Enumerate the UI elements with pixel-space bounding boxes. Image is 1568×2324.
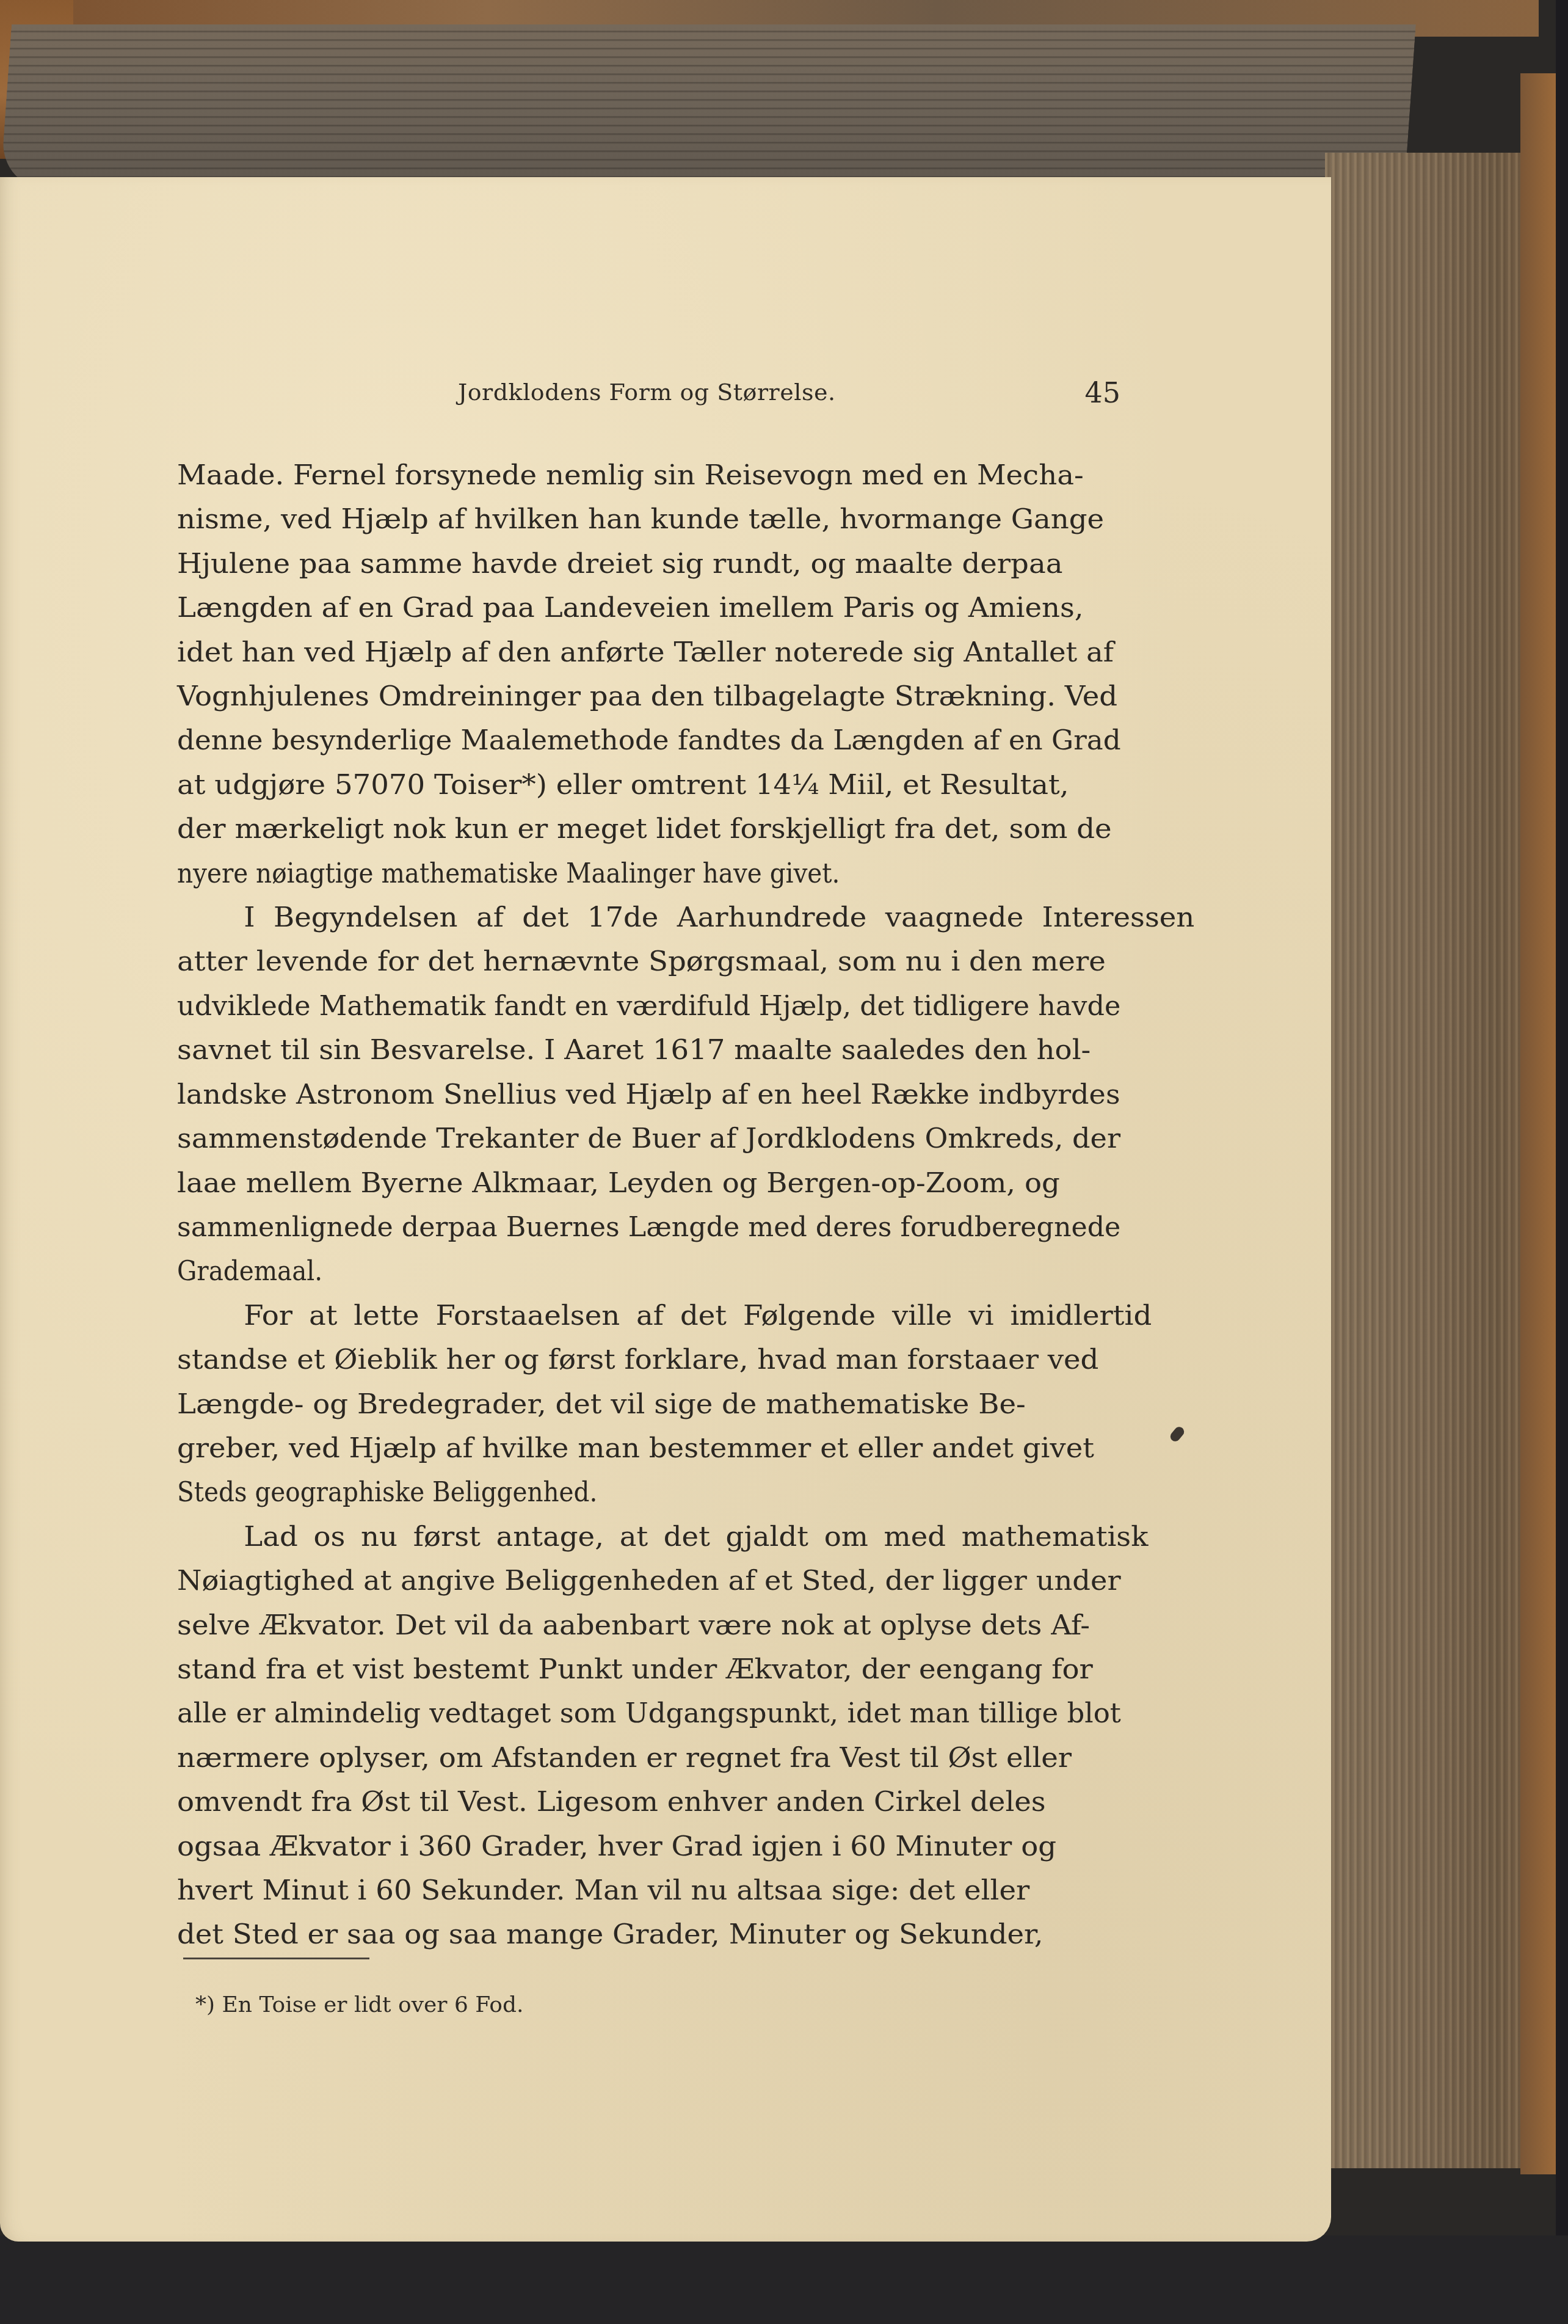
text-line: selve Ækvator. Det vil da aabenbart være… — [177, 1603, 1090, 1647]
page-number: 45 — [1084, 376, 1120, 409]
text-line: stand fra et vist bestemt Punkt under Æk… — [177, 1647, 1093, 1691]
text-line: Længde- og Bredegrader, det vil sige de … — [177, 1382, 1025, 1426]
text-line: sammenlignede derpaa Buernes Længde med … — [177, 1205, 1120, 1249]
text-line: Hjulene paa samme havde dreiet sig rundt… — [177, 542, 1062, 586]
text-line: For at lette Forstaaelsen af det Følgend… — [177, 1294, 1152, 1338]
text-line: alle er almindelig vedtaget som Udgangsp… — [177, 1691, 1120, 1735]
background-right — [1556, 0, 1568, 2324]
page-edges-top — [0, 24, 1416, 189]
text-line: Grademaal. — [177, 1249, 1120, 1293]
background-bottom — [0, 2235, 1568, 2324]
text-line: I Begyndelsen af det 17de Aarhundrede va… — [177, 895, 1194, 939]
text-line: det Sted er saa og saa mange Grader, Min… — [177, 1912, 1043, 1956]
text-line: hvert Minut i 60 Sekunder. Man vil nu al… — [177, 1868, 1029, 1912]
text-line: at udgjøre 57070 Toiser*) eller omtrent … — [177, 763, 1069, 807]
text-line: landske Astronom Snellius ved Hjælp af e… — [177, 1073, 1120, 1116]
text-line: greber, ved Hjælp af hvilke man bestemme… — [177, 1426, 1094, 1470]
footnote: *) En Toise er lidt over 6 Fod. — [195, 1992, 523, 2017]
page-content: Jordklodens Form og Størrelse. 45 Maade.… — [177, 379, 1120, 1957]
text-line: nisme, ved Hjælp af hvilken han kunde tæ… — [177, 497, 1104, 541]
text-line: Vognhjulenes Omdreininger paa den tilbag… — [177, 674, 1117, 718]
book-cover-right — [1520, 73, 1557, 2174]
body-text: Maade. Fernel forsynede nemlig sin Reise… — [177, 453, 1120, 1957]
text-line: atter levende for det hernævnte Spørgsma… — [177, 939, 1105, 983]
running-head: Jordklodens Form og Størrelse. 45 — [177, 379, 1120, 434]
text-line: nyere nøiagtige mathematiske Maalinger h… — [177, 851, 1120, 895]
text-line: der mærkeligt nok kun er meget lidet for… — [177, 807, 1112, 851]
text-line: savnet til sin Besvarelse. I Aaret 1617 … — [177, 1028, 1091, 1072]
text-line: omvendt fra Øst til Vest. Ligesom enhver… — [177, 1780, 1046, 1824]
text-line: Lad os nu først antage, at det gjaldt om… — [177, 1515, 1148, 1559]
text-line: udviklede Mathematik fandt en værdifuld … — [177, 984, 1120, 1028]
book-page: Jordklodens Form og Størrelse. 45 Maade.… — [0, 177, 1331, 2242]
text-line: Nøiagtighed at angive Beliggenheden af e… — [177, 1559, 1121, 1603]
text-line: sammenstødende Trekanter de Buer af Jord… — [177, 1116, 1120, 1160]
running-title: Jordklodens Form og Størrelse. — [458, 379, 835, 406]
text-line: ogsaa Ækvator i 360 Grader, hver Grad ig… — [177, 1824, 1056, 1868]
text-line: standse et Øieblik her og først forklare… — [177, 1338, 1098, 1382]
text-line: nærmere oplyser, om Afstanden er regnet … — [177, 1736, 1072, 1780]
footnote-rule — [183, 1958, 369, 1959]
text-line: Maade. Fernel forsynede nemlig sin Reise… — [177, 453, 1084, 497]
text-line: Steds geographiske Beliggenhed. — [177, 1470, 1120, 1514]
text-line: idet han ved Hjælp af den anførte Tæller… — [177, 630, 1114, 674]
text-line: denne besynderlige Maalemethode fandtes … — [177, 718, 1121, 762]
text-line: laae mellem Byerne Alkmaar, Leyden og Be… — [177, 1161, 1060, 1205]
text-line: Længden af en Grad paa Landeveien imelle… — [177, 586, 1084, 630]
